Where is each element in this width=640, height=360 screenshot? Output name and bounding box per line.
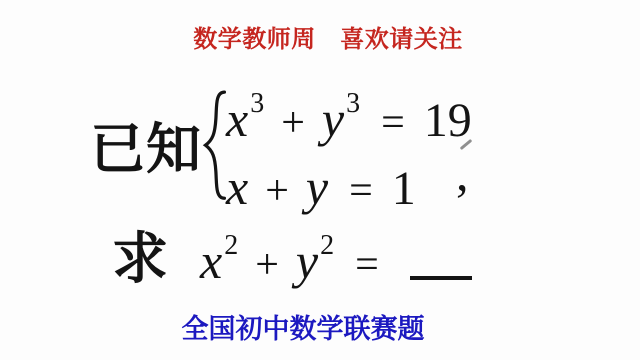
eq2-plus-sign: +: [248, 168, 306, 214]
eq2-equals-sign: =: [328, 168, 392, 214]
eq1-exponent-x: 3: [250, 88, 264, 119]
eq1-rhs-value: 19: [424, 94, 472, 147]
eq2-var-y: y: [306, 159, 328, 215]
system-comma: ,: [456, 148, 469, 198]
system-equation-2: x+y=1: [226, 162, 416, 213]
target-plus-sign: +: [238, 242, 296, 288]
target-equals-sign: =: [334, 242, 398, 288]
eq1-exponent-y: 3: [346, 88, 360, 119]
eq1-plus-sign: +: [264, 100, 322, 146]
channel-banner: 数学教师周 喜欢请关注: [16, 19, 640, 54]
left-brace-icon: [201, 83, 228, 211]
find-label: 求: [112, 226, 168, 292]
answer-blank: [410, 276, 472, 280]
math-problem-slide: 数学教师周 喜欢请关注 已知 x3+y3=19 x+y=1 , 求x2+y2= …: [0, 0, 640, 360]
source-caption: 全国初中数学联赛题: [0, 307, 606, 346]
eq1-var-y: y: [322, 91, 344, 147]
eq1-equals-sign: =: [360, 100, 424, 146]
eq2-var-x: x: [226, 159, 248, 215]
eq1-var-x: x: [226, 91, 248, 147]
system-equation-1: x3+y3=19: [226, 90, 472, 145]
target-var-x: x: [200, 233, 222, 289]
target-var-y: y: [296, 233, 318, 289]
given-label: 已知: [90, 121, 202, 176]
eq2-rhs-value: 1: [392, 162, 416, 215]
target-exponent-y: 2: [320, 230, 334, 261]
question-line: 求x2+y2=: [112, 231, 472, 287]
target-exponent-x: 2: [224, 230, 238, 261]
